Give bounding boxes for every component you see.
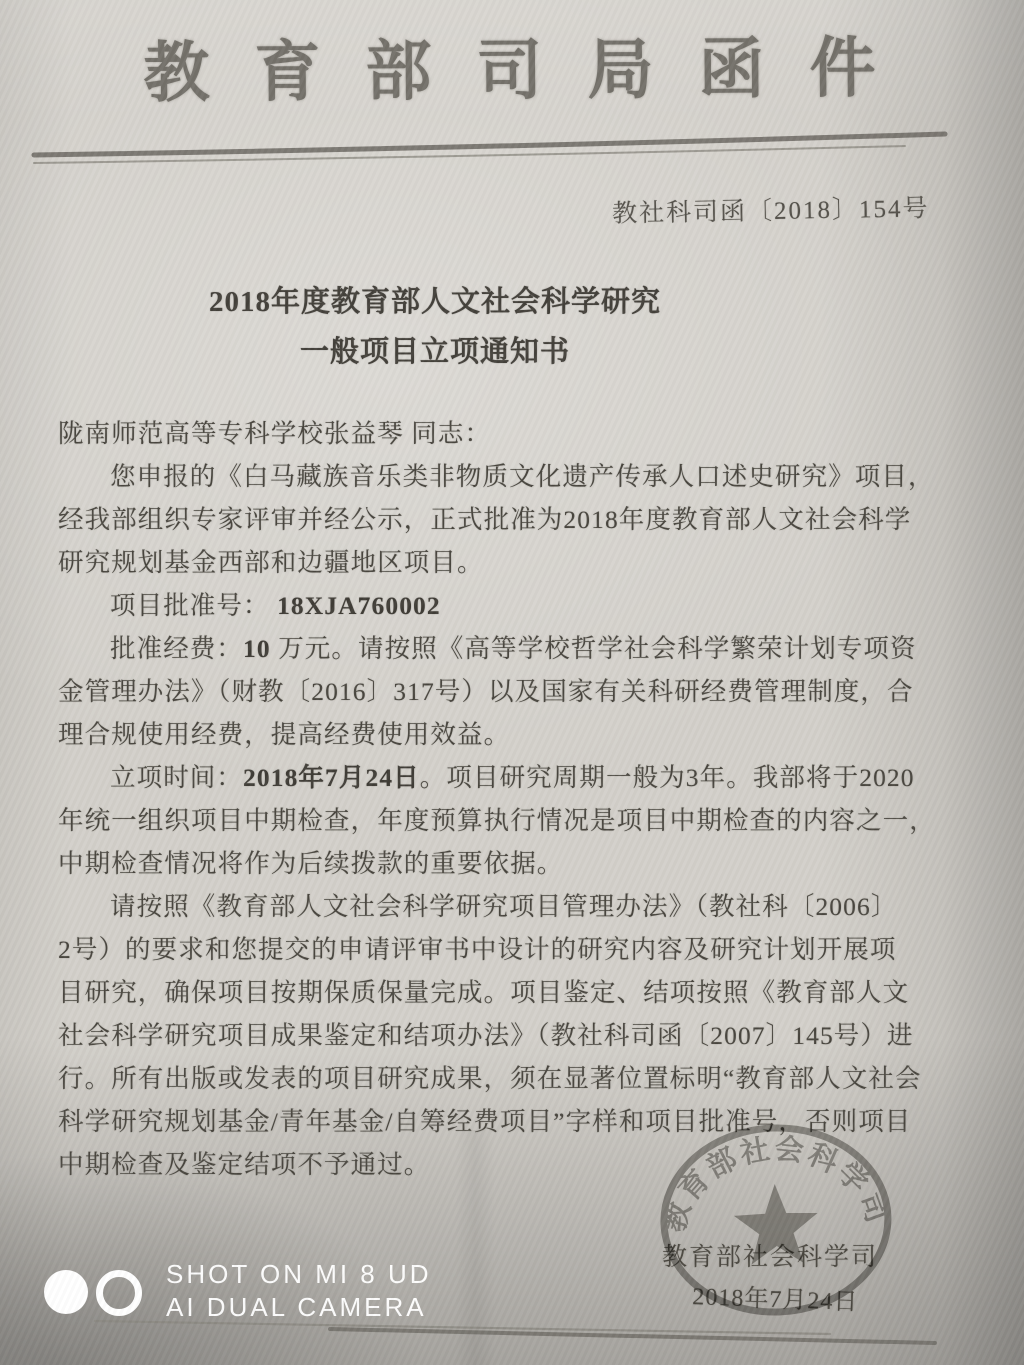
text-segment: 年统一组织项目中期检查，年度预算执行情况是项目中期检查的内容之一， — [58, 806, 936, 835]
camera-lens-ring-icon — [96, 1270, 142, 1316]
text-segment: 。项目研究周期一般为3年。我部将于2020 — [420, 763, 915, 792]
notice-title-line2: 一般项目立项通知书 — [60, 327, 810, 377]
camera-lens-filled-icon — [44, 1270, 88, 1314]
text-segment: 行。所有出版或发表的项目研究成果，须在显著位置标明“教育部人文社会 — [58, 1064, 922, 1093]
text-segment: 研究规划基金西部和边疆地区项目。 — [58, 548, 484, 577]
document-photo: 教育部司局函件 教社科司函〔2018〕154号 2018年度教育部人文社会科学研… — [0, 0, 1024, 1365]
text-segment: 社会科学研究项目成果鉴定和结项办法》（教社科司函〔2007〕145号）进 — [58, 1021, 914, 1050]
letterhead-masthead: 教育部司局函件 — [0, 32, 1024, 112]
body-line: 研究规划基金西部和边疆地区项目。 — [58, 541, 958, 584]
notice-title: 2018年度教育部人文社会科学研究 一般项目立项通知书 — [60, 277, 810, 377]
bottom-rule-thick — [330, 1329, 935, 1343]
official-seal: 教育部社会科学司 — [649, 1116, 904, 1329]
project-number-value: 18XJA760002 — [277, 591, 441, 620]
letter-body: 陇南师范高等专科学校张益琴 同志： 您申报的《白马藏族音乐类非物质文化遗产传承人… — [58, 412, 958, 1186]
body-line: 经我部组织专家评审并经公示，正式批准为2018年度教育部人文社会科学 — [58, 498, 958, 541]
body-line-funding: 批准经费：10 万元。请按照《高等学校哲学社会科学繁荣计划专项资 — [58, 627, 958, 670]
seal-star-icon — [733, 1183, 819, 1265]
body-line: 年统一组织项目中期检查，年度预算执行情况是项目中期检查的内容之一， — [58, 799, 958, 842]
text-segment: 万元。请按照《高等学校哲学社会科学繁荣计划专项资 — [271, 634, 917, 663]
notice-title-line1: 2018年度教育部人文社会科学研究 — [60, 277, 810, 327]
text-segment: 经我部组织专家评审并经公示，正式批准为2018年度教育部人文社会科学 — [58, 505, 911, 534]
body-line: 社会科学研究项目成果鉴定和结项办法》（教社科司函〔2007〕145号）进 — [58, 1014, 958, 1057]
body-line: 2号）的要求和您提交的申请评审书中设计的研究内容及研究计划开展项 — [58, 928, 958, 971]
text-segment: 金管理办法》（财教〔2016〕317号）以及国家有关科研经费管理制度，合 — [58, 677, 914, 706]
body-line: 行。所有出版或发表的项目研究成果，须在显著位置标明“教育部人文社会 — [58, 1057, 958, 1100]
document-number: 教社科司函〔2018〕154号 — [612, 188, 930, 230]
text-segment: 立项时间： — [110, 763, 243, 792]
watermark-text: SHOT ON MI 8 UD AI DUAL CAMERA — [166, 1258, 432, 1324]
watermark-line1: SHOT ON MI 8 UD — [166, 1258, 432, 1291]
body-line-approval-date: 立项时间：2018年7月24日。项目研究周期一般为3年。我部将于2020 — [58, 756, 958, 799]
watermark-line2: AI DUAL CAMERA — [166, 1291, 432, 1324]
text-segment: 批准经费： — [110, 634, 243, 663]
text-segment: 项目批准号： — [110, 591, 277, 620]
body-line: 金管理办法》（财教〔2016〕317号）以及国家有关科研经费管理制度，合 — [58, 670, 958, 713]
text-segment: 中期检查情况将作为后续拨款的重要依据。 — [58, 849, 563, 878]
text-segment: 请按照《教育部人文社会科学研究项目管理办法》（教社科〔2006〕 — [110, 892, 897, 921]
body-line: 理合规使用经费，提高经费使用效益。 — [58, 713, 958, 756]
header-rule-thick — [34, 134, 945, 155]
approval-date-value: 2018年7月24日 — [243, 763, 420, 792]
body-line-project-number: 项目批准号： 18XJA760002 — [58, 584, 958, 627]
text-segment: 陇南师范高等专科学校张益琴 同志： — [58, 419, 491, 448]
body-line: 请按照《教育部人文社会科学研究项目管理办法》（教社科〔2006〕 — [58, 885, 958, 928]
body-line: 目研究，确保项目按期保质保量完成。项目鉴定、结项按照《教育部人文 — [58, 971, 958, 1014]
funding-amount-value: 10 — [243, 634, 271, 663]
body-line: 您申报的《白马藏族音乐类非物质文化遗产传承人口述史研究》项目， — [58, 455, 958, 498]
body-line: 中期检查情况将作为后续拨款的重要依据。 — [58, 842, 958, 885]
text-segment: 理合规使用经费，提高经费使用效益。 — [58, 720, 510, 749]
salutation: 陇南师范高等专科学校张益琴 同志： — [58, 412, 958, 455]
text-segment: 您申报的《白马藏族音乐类非物质文化遗产传承人口述史研究》项目， — [110, 462, 935, 491]
header-rule-thin — [34, 146, 905, 163]
text-segment: 中期检查及鉴定结项不予通过。 — [58, 1150, 430, 1179]
text-segment: 2号）的要求和您提交的申请评审书中设计的研究内容及研究计划开展项 — [58, 935, 896, 964]
text-segment: 目研究，确保项目按期保质保量完成。项目鉴定、结项按照《教育部人文 — [58, 978, 909, 1007]
